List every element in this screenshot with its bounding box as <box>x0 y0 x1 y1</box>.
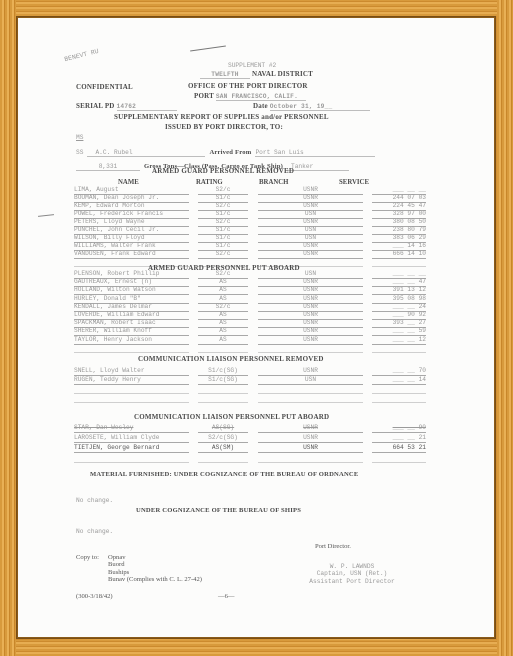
cell-service: ___ __ 14 <box>372 376 426 385</box>
signer-rank: Captain, USN (Ret.) <box>302 570 402 577</box>
col-head-service: SERVICE <box>339 179 369 186</box>
cell-branch <box>258 394 363 403</box>
district-value: TWELFTH <box>200 71 250 79</box>
blank-table-row <box>74 454 434 463</box>
cell-name <box>74 454 189 463</box>
cell-service <box>372 258 426 267</box>
cell-service: 664 53 21 <box>372 444 426 453</box>
copy-item: Buord <box>108 561 202 568</box>
office-title: OFFICE OF THE PORT DIRECTOR <box>188 82 308 90</box>
cell-service: ___ __ 90 <box>372 424 426 433</box>
cell-branch <box>258 454 363 463</box>
section-title-cl-removed: COMMUNICATION LIAISON PERSONNEL REMOVED <box>138 355 324 363</box>
pen-mark <box>190 45 226 51</box>
section-title-cl-put-aboard: COMMUNICATION LIAISON PERSONNEL PUT ABOA… <box>134 413 329 421</box>
blank-table-row <box>74 385 434 394</box>
cell-rating: S2/c(SG) <box>198 434 248 443</box>
page-number: —6— <box>218 593 234 600</box>
cell-branch: USNR <box>258 434 363 443</box>
copy-item: Buships <box>108 569 202 576</box>
signature-title: Port Director. <box>315 543 351 550</box>
cell-service <box>372 385 426 394</box>
report-document: BENEVT RU SUPPLEMENT #2 TWELFTH NAVAL DI… <box>0 0 513 656</box>
copy-list: Opnav Buord Buships Bunav (Complies with… <box>108 554 202 584</box>
classification: CONFIDENTIAL <box>76 83 133 91</box>
cell-name: SNELL, Lloyd Walter <box>74 367 189 376</box>
cell-name: RUGEN, Teddy Henry <box>74 376 189 385</box>
cell-branch: USNR <box>258 367 363 376</box>
col-head-rating: RATING <box>196 179 223 186</box>
cell-service <box>372 344 426 353</box>
signer-title: Assistant Port Director <box>302 578 402 585</box>
date-value: October 31, 19__ <box>270 103 370 111</box>
cell-rating: S1/c(SG) <box>198 367 248 376</box>
ship-class-value: Tanker <box>287 163 349 171</box>
cell-rating <box>198 394 248 403</box>
cell-branch <box>258 344 363 353</box>
pen-arrow-mark <box>38 214 54 217</box>
cell-branch <box>258 385 363 394</box>
ordnance-note: No change. <box>76 497 113 504</box>
report-title-line-1: SUPPLEMENTARY REPORT OF SUPPLIES and/or … <box>114 113 329 121</box>
cell-rating <box>198 454 248 463</box>
cell-rating <box>198 344 248 353</box>
cell-service: ___ __ 21 <box>372 434 426 443</box>
col-head-name: NAME <box>118 179 139 186</box>
date-label: Date <box>253 102 268 110</box>
date-line: Date October 31, 19__ <box>253 102 370 111</box>
cell-rating: S1/c(SG) <box>198 376 248 385</box>
ships-note: No change. <box>76 528 113 535</box>
signer-name: W. P. LAWNDS <box>302 563 402 570</box>
cell-name: STAR, Dan Wesley <box>74 424 189 433</box>
table-row: TIETJEN, George BernardAS(SM)USNR664 53 … <box>74 444 434 453</box>
cell-rating: AS(SM) <box>198 444 248 453</box>
district-line: TWELFTH NAVAL DISTRICT <box>200 70 313 79</box>
table-row: STAR, Dan WesleyAS(SG)USNR___ __ 90 <box>74 424 434 433</box>
blank-table-row <box>74 394 434 403</box>
cell-service <box>372 454 426 463</box>
cell-name: TIETJEN, George Bernard <box>74 444 189 453</box>
serial-label: SERIAL PD <box>76 102 115 110</box>
table-row: LAROSETE, William ClydeS2/c(SG)USNR___ _… <box>74 434 434 443</box>
cell-name <box>74 385 189 394</box>
table-row: RUGEN, Teddy HenryS1/c(SG)USN___ __ 14 <box>74 376 434 385</box>
gross-tons-value: 8,331 <box>76 163 140 171</box>
cell-branch: USNR <box>258 424 363 433</box>
form-number: (300-3/18/42) <box>76 593 113 600</box>
port-value: SAN FRANCISCO, CALIF. <box>216 93 306 101</box>
copy-item: Bunav (Complies with C. L. 27-42) <box>108 576 202 583</box>
district-label: NAVAL DISTRICT <box>252 70 313 78</box>
cell-service: ___ __ 70 <box>372 367 426 376</box>
cell-rating: AS(SG) <box>198 424 248 433</box>
port-line: PORT SAN FRANCISCO, CALIF. <box>194 92 306 101</box>
cell-name <box>74 394 189 403</box>
cell-branch: USN <box>258 376 363 385</box>
cell-rating <box>198 385 248 394</box>
port-label: PORT <box>194 92 214 100</box>
ordnance-title: MATERIAL FURNISHED: UNDER COGNIZANCE OF … <box>90 471 358 478</box>
cell-service <box>372 394 426 403</box>
ships-title: UNDER COGNIZANCE OF THE BUREAU OF SHIPS <box>136 507 301 514</box>
cell-name: LAROSETE, William Clyde <box>74 434 189 443</box>
cell-branch: USNR <box>258 444 363 453</box>
received-stamp: BENEVT RU <box>64 48 100 63</box>
blank-table-row <box>74 344 434 353</box>
copy-item: Opnav <box>108 554 202 561</box>
cell-name <box>74 344 189 353</box>
report-title-line-2: ISSUED BY PORT DIRECTOR, TO: <box>165 123 283 131</box>
supplement-label: SUPPLEMENT #2 <box>228 62 276 69</box>
signature-block: W. P. LAWNDS Captain, USN (Ret.) Assista… <box>302 563 402 585</box>
section-title-ag-removed: ARMED GUARD PERSONNEL REMOVED <box>152 167 294 175</box>
col-head-branch: BRANCH <box>259 179 288 186</box>
table-row: SNELL, Lloyd WalterS1/c(SG)USNR___ __ 70 <box>74 367 434 376</box>
copy-label: Copy to: <box>76 554 99 561</box>
serial-line: SERIAL PD 14762 <box>76 102 177 111</box>
serial-value: 14762 <box>117 103 177 111</box>
